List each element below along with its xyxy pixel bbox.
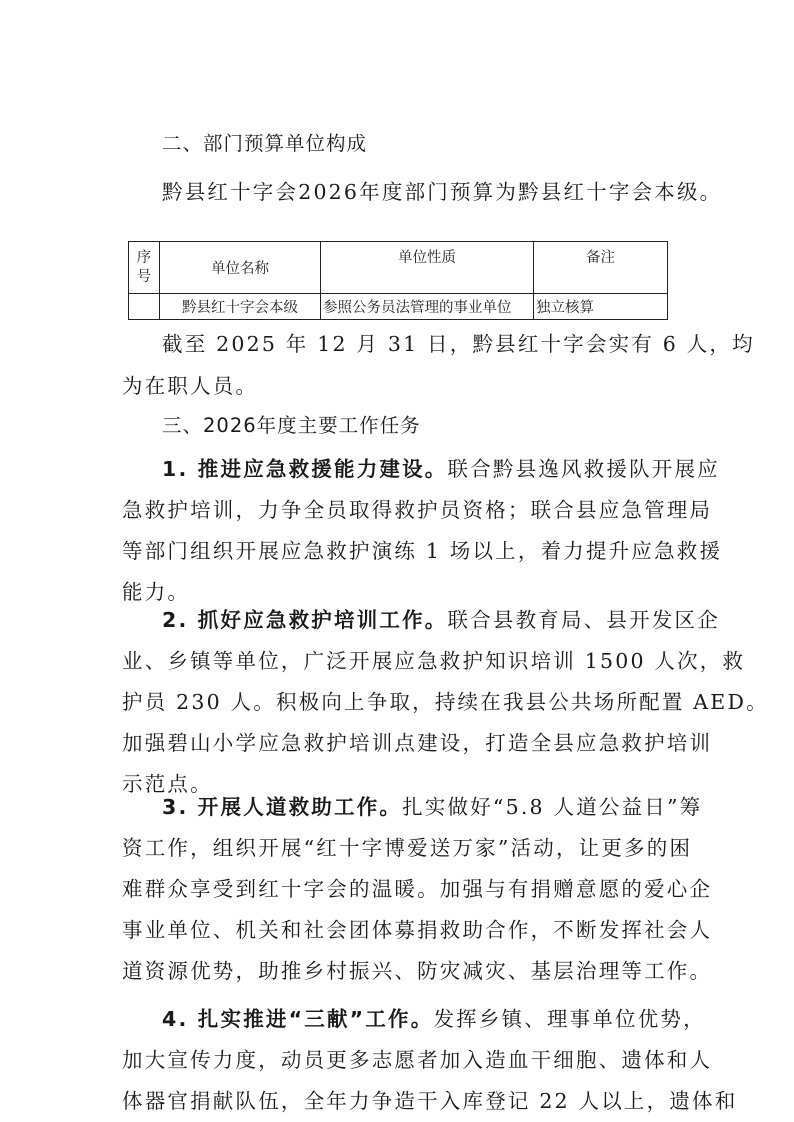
cell-unit-name: 黔县红十字会本级 — [160, 294, 321, 320]
header-seq-line2: 号 — [131, 268, 157, 287]
task-3-text-2: 难群众享受到红十字会的温暖。加强与有捐赠意愿的爱心企 — [122, 875, 672, 903]
task-2-first-line: 2. 抓好应急救护培训工作。联合县教育局、县开发区企 — [162, 606, 672, 634]
header-unit-name: 单位名称 — [160, 242, 321, 294]
cell-unit-nature: 参照公务员法管理的事业单位 — [321, 294, 534, 320]
cell-note: 独立核算 — [534, 294, 668, 320]
task-3-text-4: 道资源优势，助推乡村振兴、防灾减灾、基层治理等工作。 — [122, 957, 672, 985]
task-3-text-0: 扎实做好“5.8 人道公益日”筹 — [402, 795, 702, 819]
header-note: 备注 — [534, 242, 668, 294]
task-2-title: 2. 抓好应急救护培训工作。 — [162, 608, 448, 632]
header-seq-line1: 序 — [131, 249, 157, 268]
task-1-text-2: 等部门组织开展应急救护演练 1 场以上，着力提升应急救援 — [122, 537, 672, 565]
section2-heading: 二、部门预算单位构成 — [162, 130, 672, 158]
task-4-first-line: 4. 扎实推进“三献”工作。发挥乡镇、理事单位优势， — [162, 1005, 672, 1033]
task-1-text-1: 急救护培训，力争全员取得救护员资格；联合县应急管理局 — [122, 496, 672, 524]
task-2-text-2: 护员 230 人。积极向上争取，持续在我县公共场所配置 AED。 — [122, 688, 672, 716]
task-1-text-3: 能力。 — [122, 578, 672, 606]
task-3-first-line: 3. 开展人道救助工作。扎实做好“5.8 人道公益日”筹 — [162, 793, 672, 821]
task-4-text-2: 体器官捐献队伍，全年力争造干入库登记 22 人以上，遗体和 — [122, 1087, 672, 1115]
section3-heading: 三、2026年度主要工作任务 — [162, 412, 672, 440]
table-row: 黔县红十字会本级 参照公务员法管理的事业单位 独立核算 — [129, 294, 668, 320]
task-1-text-0: 联合黔县逸风救援队开展应 — [448, 457, 720, 481]
task-1-first-line: 1. 推进应急救援能力建设。联合黔县逸风救援队开展应 — [162, 455, 672, 483]
task-3-text-3: 事业单位、机关和社会团体募捐救助合作，不断发挥社会人 — [122, 916, 672, 944]
task-4-text-0: 发挥乡镇、理事单位优势， — [433, 1007, 705, 1031]
task-2-text-0: 联合县教育局、县开发区企 — [448, 608, 720, 632]
task-1-title: 1. 推进应急救援能力建设。 — [162, 457, 448, 481]
task-2-text-3: 加强碧山小学应急救护培训点建设，打造全县应急救护培训 — [122, 729, 672, 757]
task-4-text-1: 加大宣传力度，动员更多志愿者加入造血干细胞、遗体和人 — [122, 1046, 672, 1074]
task-3-title: 3. 开展人道救助工作。 — [162, 795, 402, 819]
staff-line-1: 截至 2025 年 12 月 31 日，黔县红十字会实有 6 人，均 — [162, 330, 672, 358]
cell-seq — [129, 294, 160, 320]
task-4-title: 4. 扎实推进“三献”工作。 — [162, 1007, 433, 1031]
task-2-text-1: 业、乡镇等单位，广泛开展应急救护知识培训 1500 人次，救 — [122, 647, 672, 675]
header-seq: 序 号 — [129, 242, 160, 294]
task-3-text-1: 资工作，组织开展“红十字博爱送万家”活动，让更多的困 — [122, 834, 672, 862]
section2-intro: 黔县红十字会2026年度部门预算为黔县红十字会本级。 — [162, 178, 672, 206]
unit-table: 序 号 单位名称 单位性质 备注 黔县红十字会本级 参照公务员法管理的事业单位 … — [128, 241, 668, 320]
header-unit-nature: 单位性质 — [321, 242, 534, 294]
table-header-row: 序 号 单位名称 单位性质 备注 — [129, 242, 668, 294]
staff-line-2: 为在职人员。 — [122, 372, 672, 400]
